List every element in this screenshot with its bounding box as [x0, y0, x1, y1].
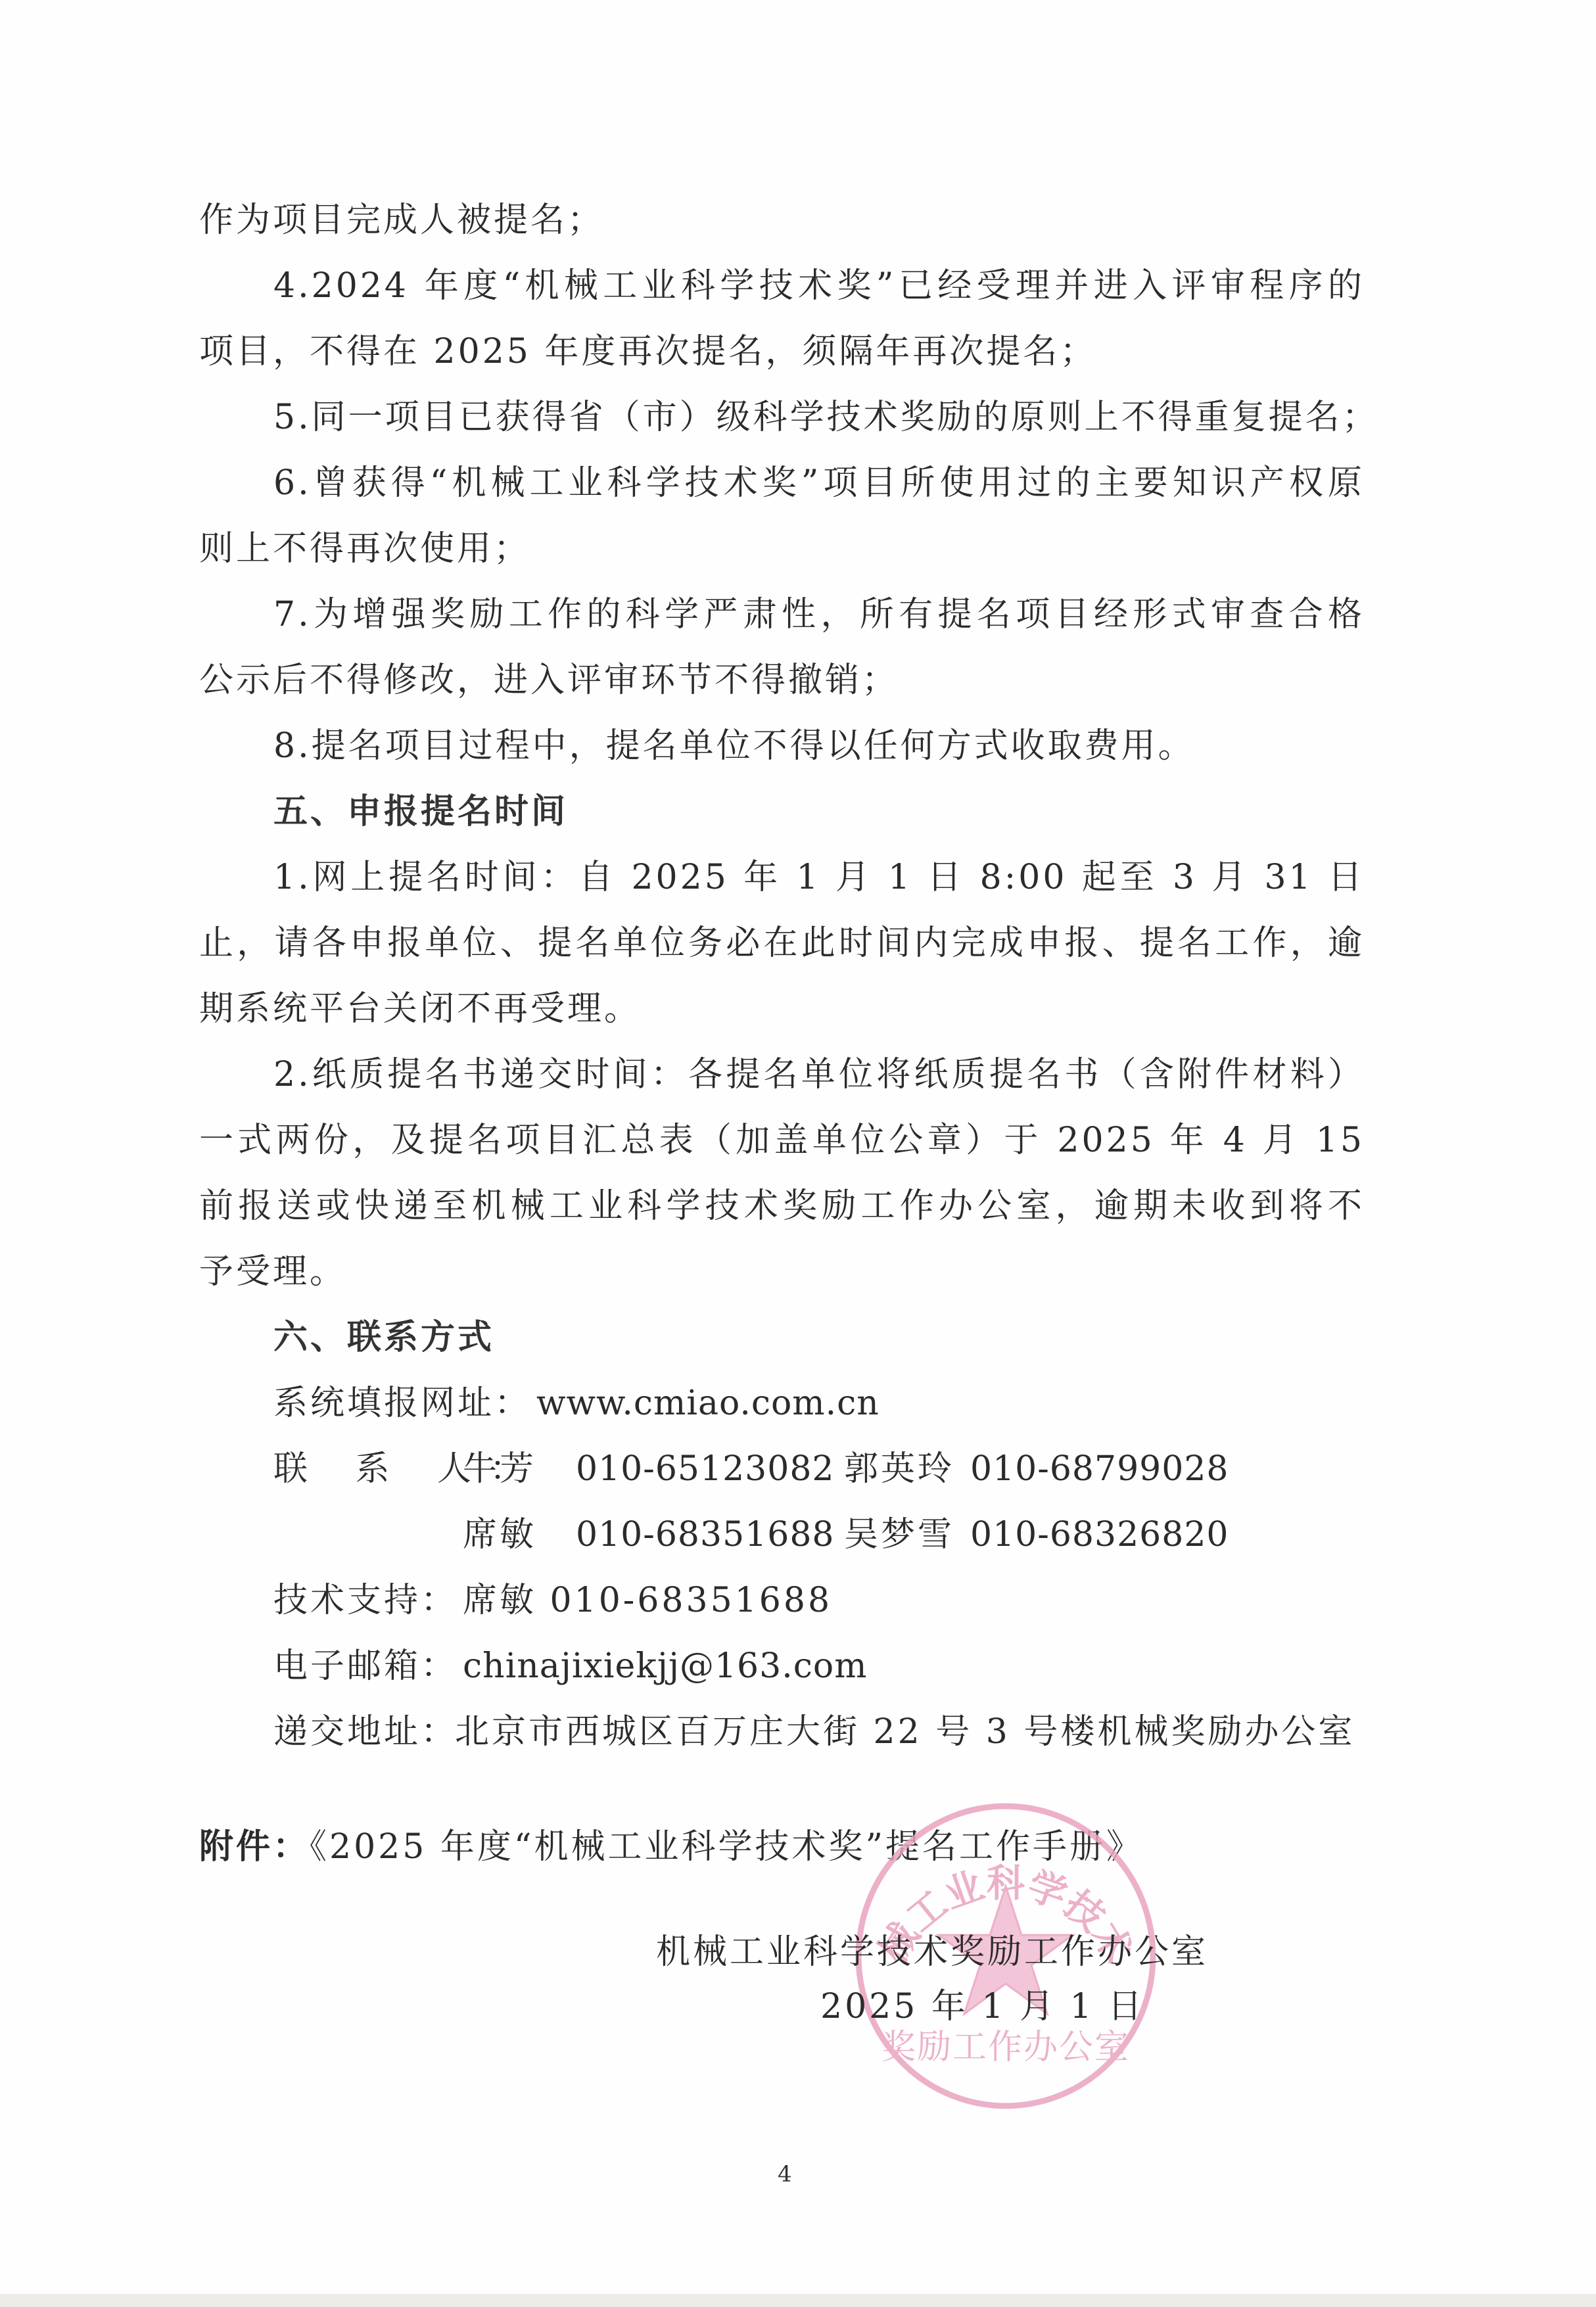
contact-persons-row-2: 席敏 010-68351688 吴梦雪 010-68326820: [273, 1515, 1391, 1554]
contact-name: 郭英玲: [844, 1449, 954, 1489]
address-label: 递交地址：: [273, 1712, 458, 1752]
website-row: 系统填报网址： www.cmiao.com.cn: [273, 1384, 1391, 1423]
website-link[interactable]: www.cmiao.com.cn: [536, 1384, 880, 1423]
text-line: 公示后不得修改，进入评审环节不得撤销；: [199, 661, 899, 700]
text-line: 8.提名项目过程中，提名单位不得以任何方式收取费用。: [273, 726, 1195, 766]
text-line: 5.同一项目已获得省（市）级科学技术奖励的原则上不得重复提名；: [273, 398, 1379, 437]
scan-bottom-edge: [0, 2294, 1596, 2307]
email-label: 电子邮箱：: [273, 1646, 458, 1686]
address-value: 北京市西城区百万庄大街 22 号 3 号楼机械奖励办公室: [455, 1712, 1355, 1752]
text-line: 则上不得再次使用；: [199, 529, 530, 569]
text-line: 7.为增强奖励工作的科学严肃性，所有提名项目经形式审查合格: [273, 595, 1365, 634]
text-line: 项目，不得在 2025 年度再次提名，须隔年再次提名；: [199, 332, 1096, 371]
text-line: 予受理。: [199, 1252, 346, 1292]
contact-phone: 010-68799028: [970, 1449, 1229, 1489]
text-line: 止，请各申报单位、提名单位务必在此时间内完成申报、提名工作，逾: [199, 923, 1365, 963]
attachment-title[interactable]: 《2025 年度“机械工业科学技术奖”提名工作手册》: [310, 1827, 1143, 1867]
document-page: 作为项目完成人被提名； 4.2024 年度“机械工业科学技术奖”已经受理并进入评…: [0, 0, 1596, 2307]
contact-name: 席敏: [463, 1515, 536, 1554]
signature-date: 2025 年 1 月 1 日: [820, 1987, 1144, 2026]
attachment-label: 附件：: [199, 1827, 310, 1867]
tech-support-row: 技术支持： 席敏 010-68351688: [273, 1581, 1391, 1620]
text-line: 1.网上提名时间：自 2025 年 1 月 1 日 8:00 起至 3 月 31…: [273, 858, 1365, 897]
tech-support-label: 技术支持：: [273, 1581, 458, 1620]
contact-phone: 010-65123082: [576, 1449, 835, 1489]
contact-phone: 010-68326820: [970, 1515, 1229, 1554]
text-line: 前报送或快递至机械工业科学技术奖励工作办公室，逾期未收到将不: [199, 1186, 1365, 1226]
signature-organization: 机械工业科学技术奖励工作办公室: [656, 1932, 1208, 1972]
text-line: 一式两份，及提名项目汇总表（加盖单位公章）于 2025 年 4 月 15 日: [199, 1121, 1365, 1160]
contact-name: 牛芳: [463, 1449, 536, 1489]
text-line: 4.2024 年度“机械工业科学技术奖”已经受理并进入评审程序的: [273, 266, 1365, 306]
contact-phone: 010-68351688: [576, 1515, 835, 1554]
tech-support-value: 席敏 010-68351688: [463, 1581, 832, 1620]
text-line: 6.曾获得“机械工业科学技术奖”项目所使用过的主要知识产权原: [273, 463, 1365, 503]
email-link[interactable]: chinajixiekjj@163.com: [463, 1646, 868, 1686]
attachment-line: 附件：《2025 年度“机械工业科学技术奖”提名工作手册》: [199, 1827, 1143, 1867]
text-line: 作为项目完成人被提名；: [199, 200, 604, 240]
section-heading-five: 五、申报提名时间: [273, 792, 568, 831]
text-line: 2.纸质提名书递交时间：各提名单位将纸质提名书（含附件材料）: [273, 1055, 1365, 1094]
section-heading-six: 六、联系方式: [273, 1318, 494, 1357]
text-line: 期系统平台关闭不再受理。: [199, 989, 641, 1029]
page-number: 4: [778, 2161, 792, 2187]
svg-text:奖励工作办公室: 奖励工作办公室: [881, 2028, 1130, 2067]
email-row: 电子邮箱： chinajixiekjj@163.com: [273, 1646, 1391, 1686]
contact-name: 吴梦雪: [844, 1515, 954, 1554]
address-row: 递交地址： 北京市西城区百万庄大街 22 号 3 号楼机械奖励办公室: [273, 1712, 1391, 1752]
website-label: 系统填报网址：: [273, 1384, 531, 1423]
contact-persons-row: 联 系 人： 牛芳 010-65123082 郭英玲 010-68799028: [273, 1449, 1391, 1489]
